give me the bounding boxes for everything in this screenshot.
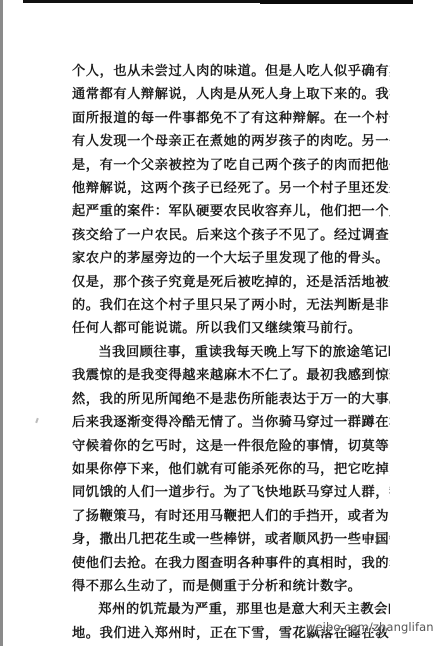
text-line: 了扬鞭策马，有时还用马鞭把人们的手挡开，或者为了安全脱 <box>72 505 390 528</box>
text-line: 后来我逐渐变得冷酷无情了。当你骑马穿过一群蹲在村道上 <box>72 411 390 434</box>
text-line: 同饥饿的人们一道步行。为了飞快地跃马穿过人群，我学会 <box>72 481 390 504</box>
paragraph-2: 当我回顾往事，重读我每天晚上写下的旅途笔记时，最使 我震惊的是我变得越来越麻木不… <box>72 341 390 598</box>
text-line: 如果你停下来，他们就有可能杀死你的马，把它吃掉，你只得 <box>72 458 390 481</box>
text-line: 守候着你的乞丐时，这是一件很危险的事情，切莫等闲视之。 <box>72 435 390 458</box>
page-body: 个人，也从未尝过人肉的味道。但是人吃人似乎确有其事。 通常都有人辩解说，人肉是从… <box>72 60 390 645</box>
scan-top-border-thick <box>260 0 413 4</box>
text-line: 任何人都可能说谎。所以我们又继续策马前行。 <box>72 317 390 340</box>
scan-left-edge <box>0 0 3 646</box>
text-line: 得不那么生动了，而是侧重于分析和统计数字。 <box>72 575 390 598</box>
text-line: 然，我的所见所闻绝不是悲伤所能表达于万一的大事。可是 <box>72 388 390 411</box>
text-line: 孩交给了一户农民。后来这个孩子不见了。经过调查，在那 <box>72 224 390 247</box>
text-line: 通常都有人辩解说，人肉是从死人身上取下来的。我在这方 <box>72 83 390 106</box>
watermark: weibo.com/zhanglifan <box>306 620 434 634</box>
text-line: 使他们去抢。在我力图查明各种事件的真相时，我的笔记变 <box>72 552 390 575</box>
text-line: 的。我们在这个村子里只呆了两小时，无法判断是非曲直。 <box>72 294 390 317</box>
text-line: 我震惊的是我变得越来越麻木不仁了。最初我感到惊恐；当 <box>72 364 390 387</box>
text-line: 身，撒出几把花生或一些棒饼，或者顺风扔一些中国钞票，诱 <box>72 528 390 551</box>
text-line: 面所报道的每一件事都免不了有这种辩解。在一个村子里， <box>72 107 390 130</box>
page-number: 113 <box>363 534 381 546</box>
text-line: 郑州的饥荒最为严重，那里也是意大利天主教会的所在 <box>72 598 390 621</box>
text-line: 他辩解说，这两个孩子已经死了。另一个村子里还发生了一 <box>72 177 390 200</box>
text-line: 是，有一个父亲被控为了吃自己两个孩子的肉而把他们勒死； <box>72 154 390 177</box>
text-line: 当我回顾往事，重读我每天晚上写下的旅途笔记时，最使 <box>72 341 390 364</box>
text-line: 家农户的茅屋旁边的一个大坛子里发现了他的骨头。问题仅 <box>72 247 390 270</box>
text-line: 起严重的案件：军队硬要农民收容弃儿，他们把一个八岁的男 <box>72 200 390 223</box>
scan-speck <box>35 418 39 423</box>
text-line: 个人，也从未尝过人肉的味道。但是人吃人似乎确有其事。 <box>72 60 390 83</box>
text-line: 有人发现一个母亲正在煮她的两岁孩子的肉吃。另一个例子 <box>72 130 390 153</box>
text-line: 仅是，那个孩子究竟是死后被吃掉的，还是活活地被杀死吃掉 <box>72 271 390 294</box>
paragraph-1: 个人，也从未尝过人肉的味道。但是人吃人似乎确有其事。 通常都有人辩解说，人肉是从… <box>72 60 390 341</box>
